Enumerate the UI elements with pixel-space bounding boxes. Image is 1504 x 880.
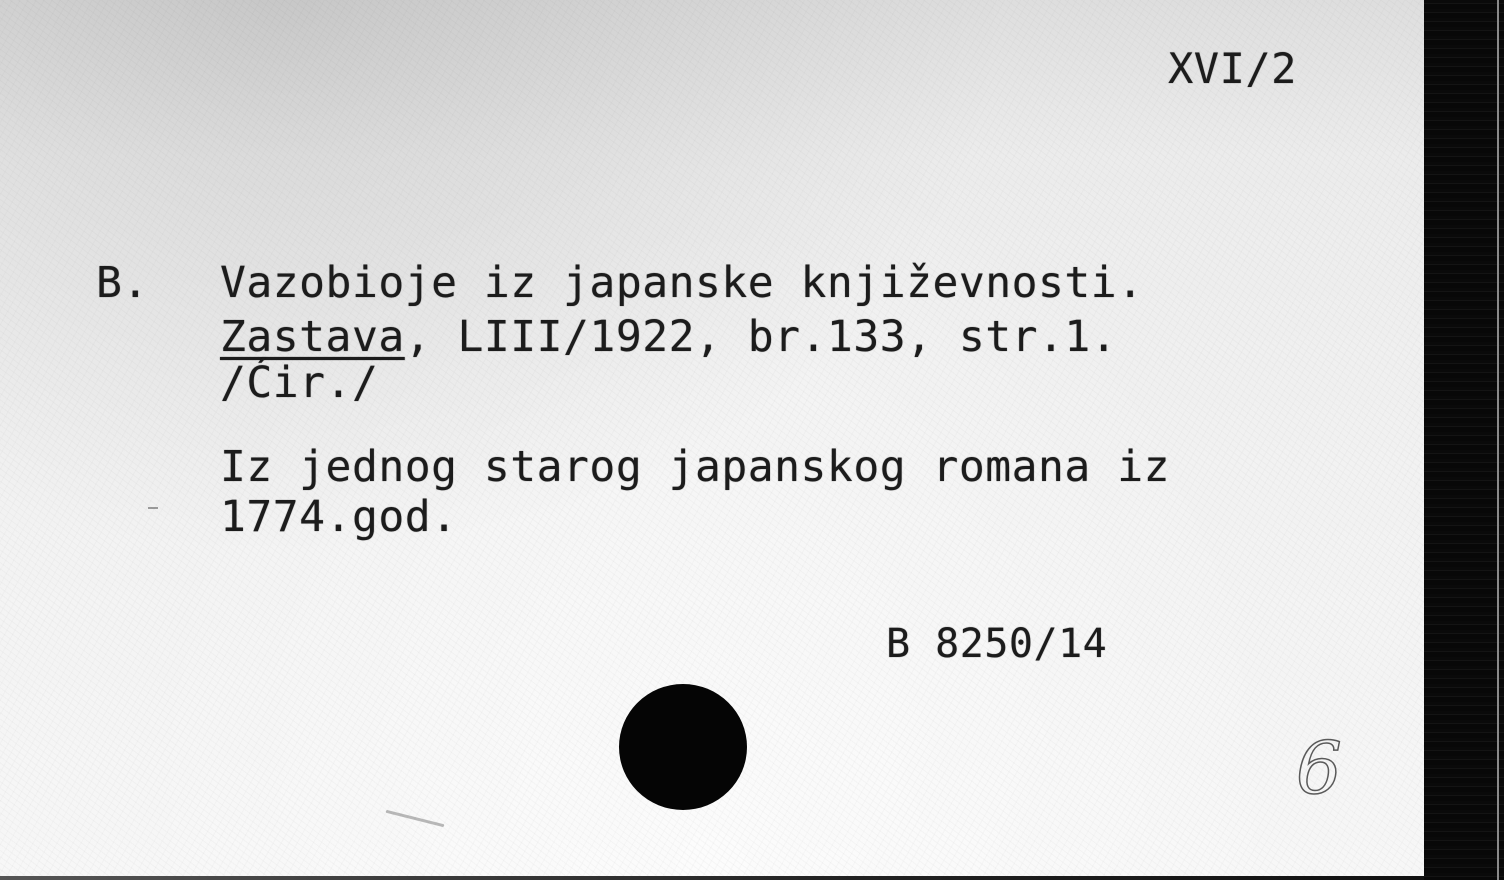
card-bottom-edge [0, 876, 1424, 880]
scanned-catalog-card: XVI/2 B. Vazobioje iz japanske književno… [0, 0, 1504, 880]
entry-marker: B. [96, 262, 149, 305]
annotation-line-2: 1774.god. [220, 496, 458, 539]
annotation-line-1: Iz jednog starog japanskog romana iz [220, 446, 1170, 489]
shelfmark: XVI/2 [1168, 48, 1297, 90]
catalog-card: XVI/2 B. Vazobioje iz japanske književno… [0, 0, 1424, 876]
scanner-border-line [1497, 0, 1499, 880]
pencil-mark [148, 507, 158, 509]
journal-name: Zastava [220, 312, 405, 362]
call-number: B 8250/14 [886, 624, 1107, 664]
smudge-mark [386, 810, 445, 827]
punch-hole [619, 684, 747, 810]
script-note: /Ćir./ [220, 362, 378, 405]
scanner-border [1424, 0, 1504, 880]
source-details: , LIII/1922, br.133, str.1. [405, 312, 1117, 362]
handwritten-number: 6 [1296, 732, 1342, 804]
entry-title: Vazobioje iz japanske književnosti. [220, 262, 1144, 305]
source-citation: Zastava, LIII/1922, br.133, str.1. [220, 316, 1117, 359]
